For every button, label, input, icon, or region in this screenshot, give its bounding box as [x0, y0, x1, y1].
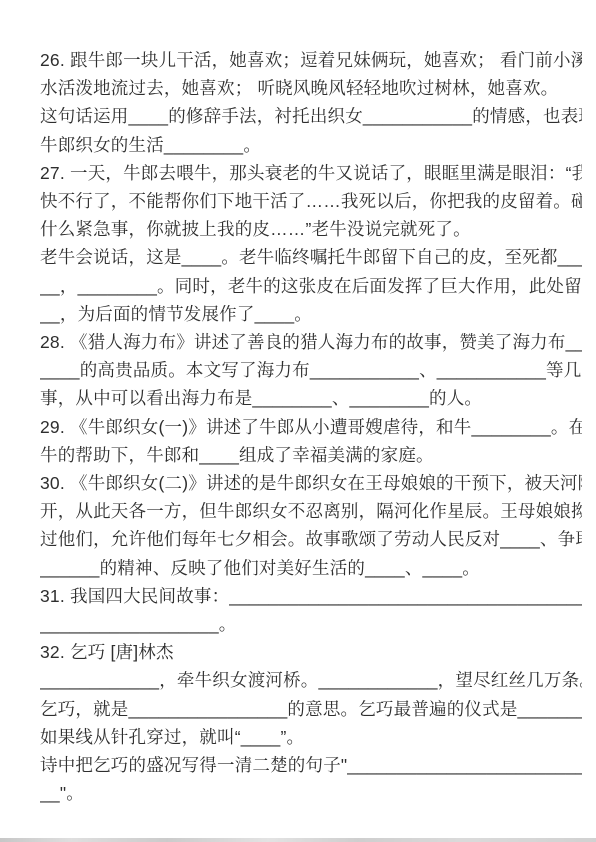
question-28-line-3: 事，从中可以看出海力布是________、________的人。 [40, 384, 582, 412]
question-32-line-5: 诗中把乞巧的盛况写得一清二楚的句子"______________________… [40, 751, 582, 779]
question-27-line-3: 什么紧急事，你就披上我的皮……”老牛没说完就死了。 [40, 215, 582, 243]
question-26-line-4: 牛郎织女的生活________。 [40, 131, 582, 159]
question-26-line-1: 26. 跟牛郎一块儿干活，她喜欢；逗着兄妹俩玩，她喜欢； 看门前小溪的 [40, 46, 582, 74]
question-28: 28. 《猎人海力布》讲述了善良的猎人海力布的故事，赞美了海力布________… [40, 328, 582, 413]
question-32-line-3: 乞巧，就是________________的意思。乞巧最普遍的仪式是______… [40, 695, 582, 723]
worksheet-page: 26. 跟牛郎一块儿干活，她喜欢；逗着兄妹俩玩，她喜欢； 看门前小溪的水活泼地流… [0, 0, 596, 842]
question-27-line-5: __，________。同时，老牛的这张皮在后面发挥了巨大作用，此处留下__ [40, 272, 582, 300]
question-27-line-1: 27. 一天，牛郎去喂牛，那头衰老的牛又说话了，眼眶里满是眼泪：“我 [40, 159, 582, 187]
question-29-line-2: 牛的帮助下，牛郎和____组成了幸福美满的家庭。 [40, 441, 582, 469]
question-32-line-1: 32. 乞巧 [唐]林杰 [40, 638, 582, 666]
question-32-line-4: 如果线从针孔穿过，就叫“____”。 [40, 723, 582, 751]
question-30-line-4: ______的精神、反映了他们对美好生活的____、____。 [40, 554, 582, 582]
page-bottom-scan-edge [0, 838, 596, 842]
question-list: 26. 跟牛郎一块儿干活，她喜欢；逗着兄妹俩玩，她喜欢； 看门前小溪的水活泼地流… [0, 0, 596, 807]
question-31-line-1: 31. 我国四大民间故事：___________________________… [40, 582, 582, 610]
question-30: 30. 《牛郎织女(二)》讲述的是牛郎织女在王母娘娘的干预下，被天河隔开，从此天… [40, 469, 582, 582]
question-32-line-2: ____________，牵牛织女渡河桥。____________，望尽红丝几万… [40, 666, 582, 694]
question-26-line-2: 水活泼地流过去，她喜欢； 听晓风晚风轻轻地吹过树林，她喜欢。 [40, 74, 582, 102]
question-28-line-1: 28. 《猎人海力布》讲述了善良的猎人海力布的故事，赞美了海力布____ [40, 328, 582, 356]
question-26: 26. 跟牛郎一块儿干活，她喜欢；逗着兄妹俩玩，她喜欢； 看门前小溪的水活泼地流… [40, 46, 582, 159]
question-29-line-1: 29. 《牛郎织女(一)》讲述了牛郎从小遭哥嫂虐待，和牛________。在老 [40, 413, 582, 441]
question-30-line-1: 30. 《牛郎织女(二)》讲述的是牛郎织女在王母娘娘的干预下，被天河隔 [40, 469, 582, 497]
question-32-line-6: __"。 [40, 779, 582, 807]
question-27-line-6: __，为后面的情节发展作了____。 [40, 300, 582, 328]
question-30-line-2: 开，从此天各一方，但牛郎织女不忍离别，隔河化作星辰。王母娘娘拗不 [40, 497, 582, 525]
question-31: 31. 我国四大民间故事：___________________________… [40, 582, 582, 638]
question-27: 27. 一天，牛郎去喂牛，那头衰老的牛又说话了，眼眶里满是眼泪：“我快不行了，不… [40, 159, 582, 328]
question-28-line-2: ____的高贵品质。本文写了海力布___________、___________… [40, 356, 582, 384]
question-27-line-4: 老牛会说话，这是____。老牛临终嘱托牛郎留下自己的皮，至死都______ [40, 243, 582, 271]
question-32: 32. 乞巧 [唐]林杰____________，牵牛织女渡河桥。_______… [40, 638, 582, 807]
question-30-line-3: 过他们，允许他们每年七夕相会。故事歌颂了劳动人民反对____、争取__ [40, 525, 582, 553]
question-31-line-2: __________________。 [40, 610, 582, 638]
question-29: 29. 《牛郎织女(一)》讲述了牛郎从小遭哥嫂虐待，和牛________。在老牛… [40, 413, 582, 469]
question-26-line-3: 这句话运用____的修辞手法，衬托出织女___________的情感，也表现了 [40, 102, 582, 130]
question-27-line-2: 快不行了，不能帮你们下地干活了……我死以后，你把我的皮留着。碰见 [40, 187, 582, 215]
